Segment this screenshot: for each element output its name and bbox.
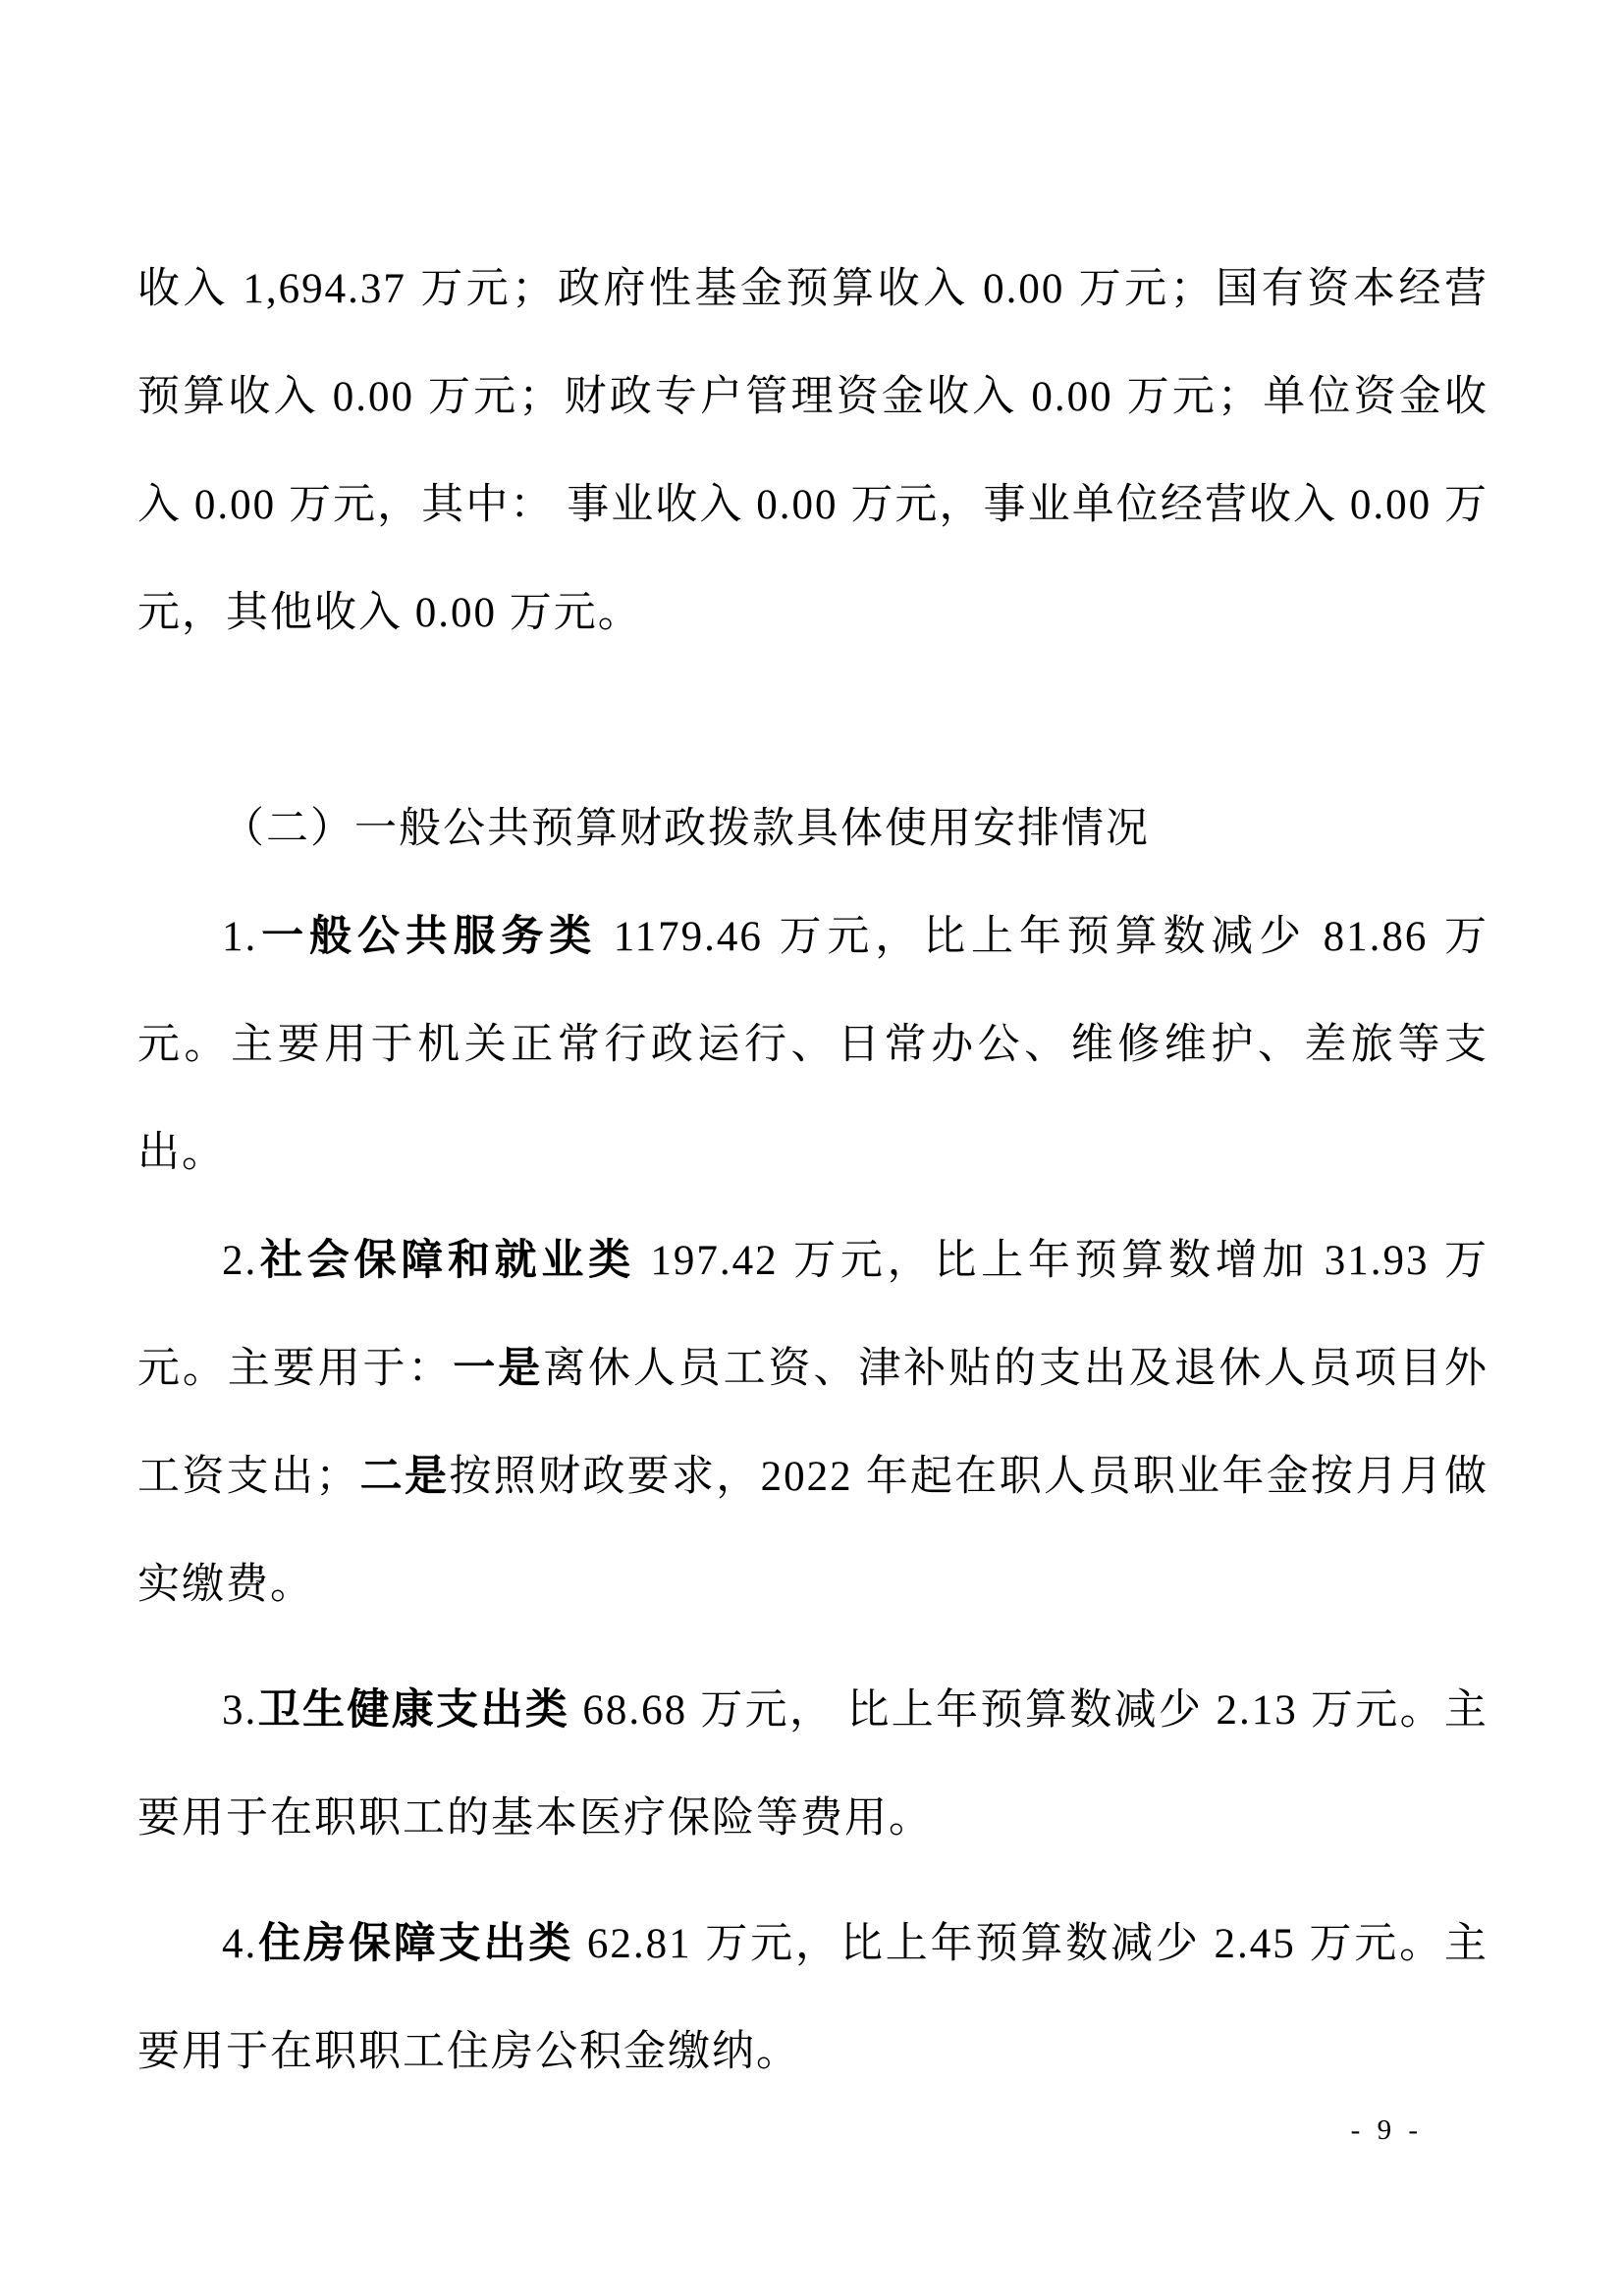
item-number: 3. bbox=[222, 1687, 257, 1734]
body-text: 收入 1,694.37 万元；政府性基金预算收入 0.00 万元；国有资本经营预… bbox=[137, 266, 1489, 636]
document-page: 收入 1,694.37 万元；政府性基金预算收入 0.00 万元；国有资本经营预… bbox=[0, 0, 1624, 2296]
page-number: - 9 - bbox=[1351, 2113, 1423, 2147]
budget-item-4: 4.住房保障支出类 62.81 万元，比上年预算数减少 2.45 万元。主要用于… bbox=[137, 1891, 1489, 2107]
category-name: 一般公共服务类 bbox=[257, 914, 597, 960]
item-number: 2. bbox=[222, 1238, 257, 1284]
section-heading-text: （二）一般公共预算财政拨款具体使用安排情况 bbox=[222, 806, 1150, 852]
category-name: 住房保障支出类 bbox=[257, 1921, 573, 1967]
budget-item-2: 2.社会保障和就业类 197.42 万元，比上年预算数增加 31.93 万元。主… bbox=[137, 1207, 1489, 1639]
item-number: 1. bbox=[222, 914, 257, 960]
emphasis-second: 二是 bbox=[359, 1454, 449, 1500]
paragraph-income-continuation: 收入 1,694.37 万元；政府性基金预算收入 0.00 万元；国有资本经营预… bbox=[137, 236, 1489, 667]
section-heading: （二）一般公共预算财政拨款具体使用安排情况 bbox=[137, 775, 1489, 883]
emphasis-first: 一是 bbox=[453, 1346, 543, 1392]
category-name: 社会保障和就业类 bbox=[257, 1238, 635, 1284]
page-number-text: - 9 - bbox=[1351, 2114, 1423, 2146]
category-name: 卫生健康支出类 bbox=[257, 1687, 569, 1734]
item-number: 4. bbox=[222, 1921, 257, 1967]
budget-item-3: 3.卫生健康支出类 68.68 万元， 比上年预算数减少 2.13 万元。主要用… bbox=[137, 1657, 1489, 1873]
budget-item-1: 1.一般公共服务类 1179.46 万元，比上年预算数减少 81.86 万元。主… bbox=[137, 883, 1489, 1207]
